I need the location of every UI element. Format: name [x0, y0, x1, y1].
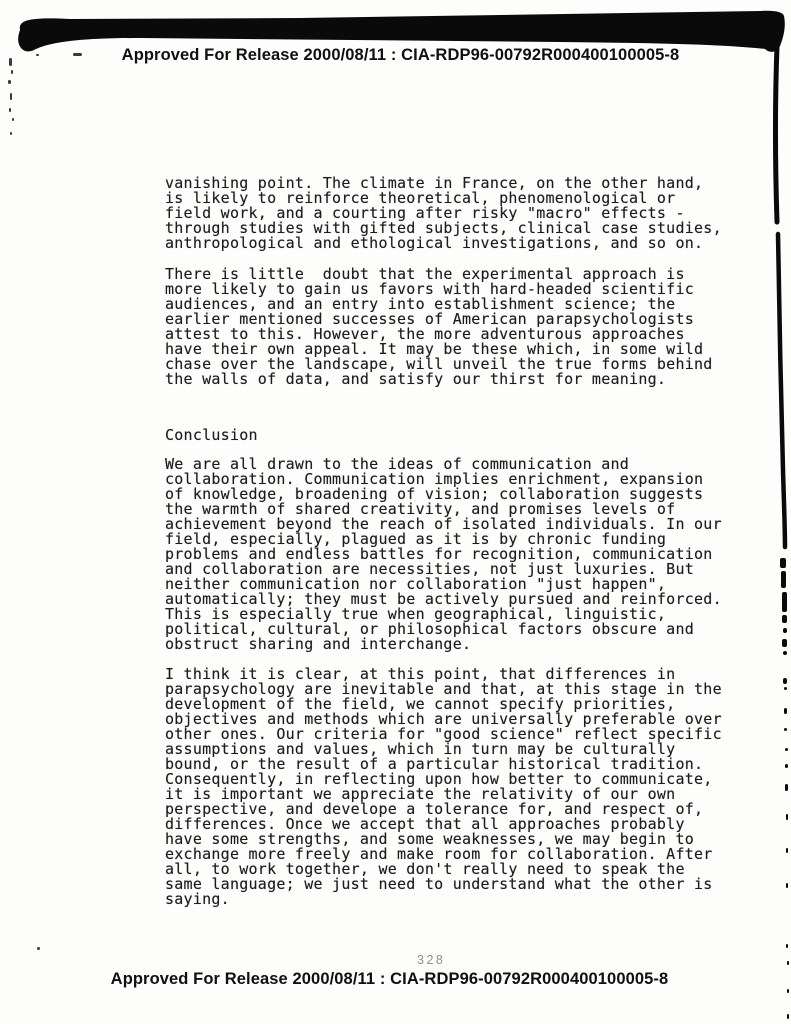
paragraph-experimental-approach: There is little doubt that the experimen… — [165, 267, 713, 387]
page-number: 328 — [417, 953, 445, 967]
scan-right-line-dashes — [780, 558, 789, 1019]
paragraph-communication-collaboration: We are all drawn to the ideas of communi… — [165, 457, 722, 652]
paragraph-vanishing-point: vanishing point. The climate in France, … — [165, 176, 722, 251]
footer-release-stamp: Approved For Release 2000/08/11 : CIA-RD… — [0, 970, 785, 989]
scanned-document-page: Approved For Release 2000/08/11 : CIA-RD… — [0, 0, 791, 1024]
section-heading-conclusion: Conclusion — [165, 428, 258, 443]
scan-right-line-mid — [778, 234, 785, 547]
scan-right-line-upper — [776, 46, 778, 222]
paragraph-differences-in-parapsychology: I think it is clear, at this point, that… — [165, 667, 722, 907]
scan-left-specks — [8, 53, 82, 950]
header-release-stamp: Approved For Release 2000/08/11 : CIA-RD… — [5, 46, 791, 65]
